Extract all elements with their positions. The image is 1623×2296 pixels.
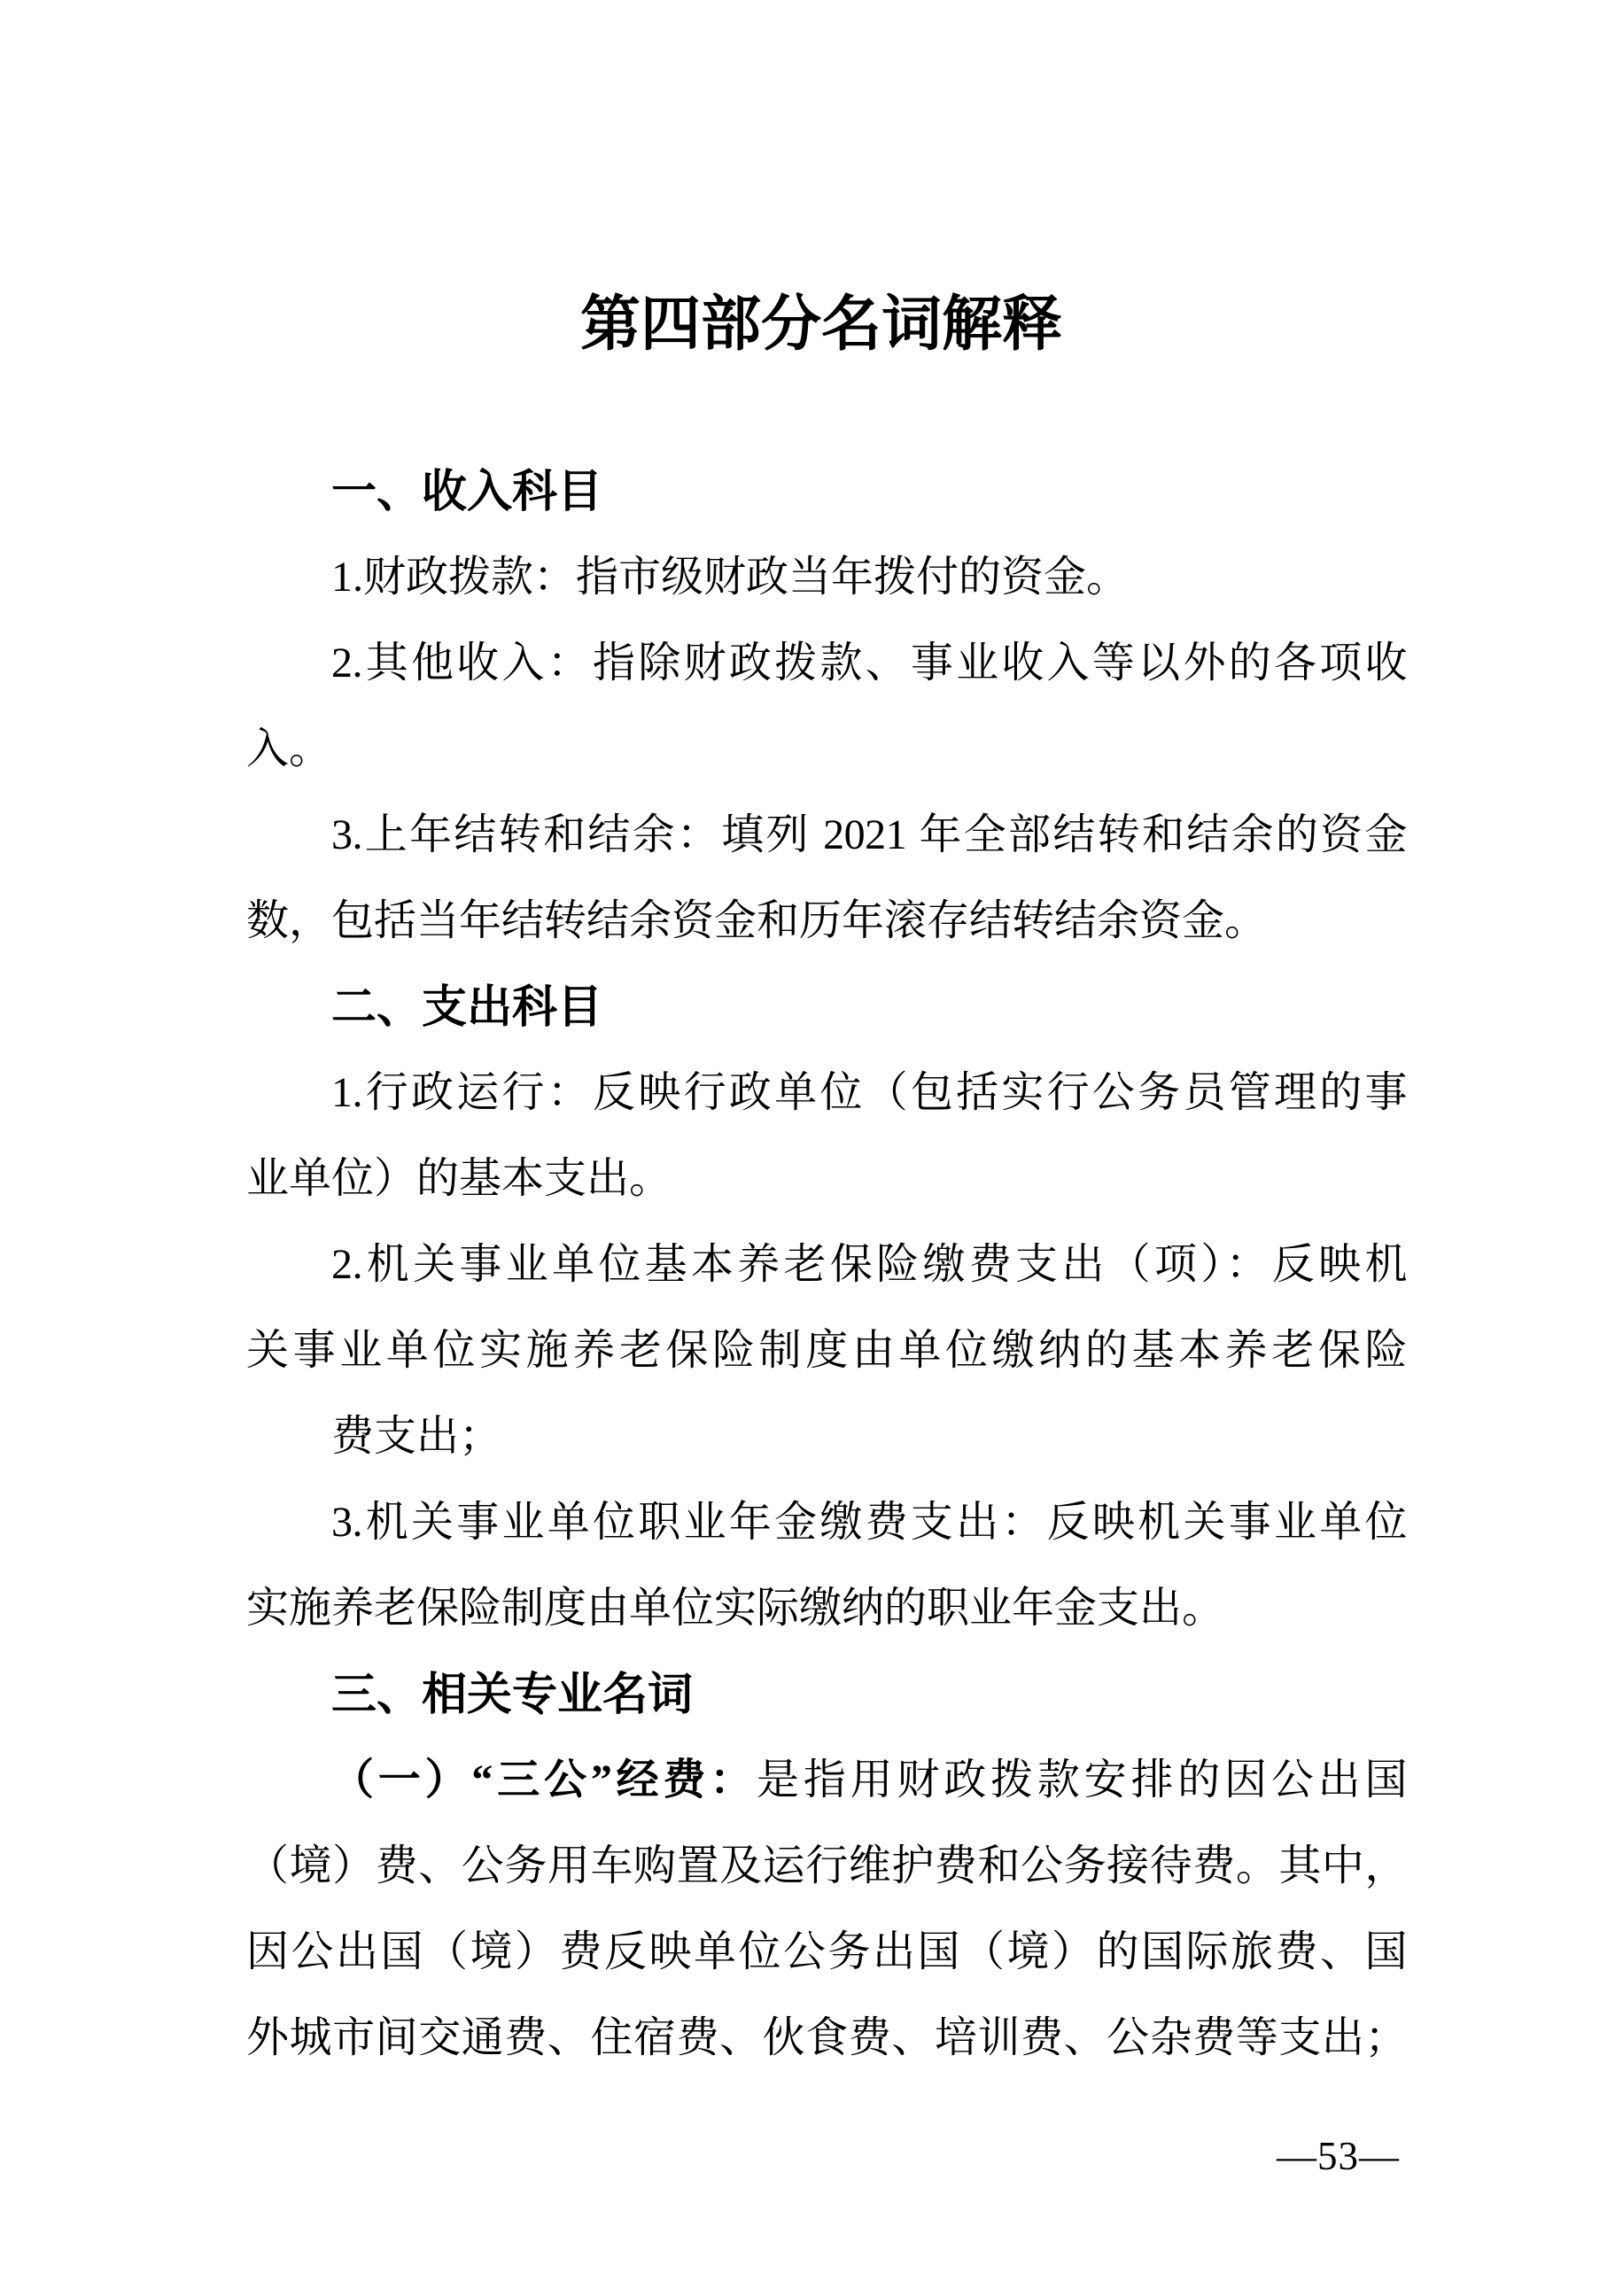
text-line: 2.机关事业单位基本养老保险缴费支出（项）：反映机 — [246, 1222, 1407, 1307]
text-line: 实施养老保险制度由单位实际缴纳的职业年金支出。 — [246, 1565, 1407, 1651]
text-line: （一）“三公”经费：是指用财政拨款安排的因公出国 — [246, 1737, 1407, 1823]
text-line: 3.机关事业单位职业年金缴费支出：反映机关事业单位 — [246, 1479, 1407, 1565]
text-line: 外城市间交通费、住宿费、伙食费、培训费、公杂费等支出； — [246, 1995, 1407, 2081]
section-heading: 二、支出科目 — [246, 964, 1407, 1050]
term-bold-lead: （一）“三公”经费： — [331, 1757, 757, 1803]
page-title: 第四部分名词解释 — [241, 289, 1402, 360]
text-line: （境）费、公务用车购置及运行维护费和公务接待费。其中， — [246, 1823, 1407, 1909]
text-line: 1.行政运行：反映行政单位（包括实行公务员管理的事 — [246, 1050, 1407, 1136]
document-page: 第四部分名词解释 一、收入科目1.财政拨款：指市级财政当年拨付的资金。2.其他收… — [0, 0, 1623, 2296]
text-line: 1.财政拨款：指市级财政当年拨付的资金。 — [246, 534, 1407, 620]
text-line: 费支出； — [246, 1393, 1407, 1479]
text-line: 关事业单位实施养老保险制度由单位缴纳的基本养老保险 — [246, 1307, 1407, 1393]
section-heading: 三、相关专业名词 — [246, 1651, 1407, 1737]
page-number: —53— — [1277, 2133, 1400, 2179]
text-line: 入。 — [246, 706, 1407, 792]
document-body: 一、收入科目1.财政拨款：指市级财政当年拨付的资金。2.其他收入：指除财政拨款、… — [246, 448, 1407, 2081]
text-line: 数，包括当年结转结余资金和历年滚存结转结余资金。 — [246, 878, 1407, 964]
text-line: 2.其他收入：指除财政拨款、事业收入等以外的各项收 — [246, 620, 1407, 706]
section-heading: 一、收入科目 — [246, 448, 1407, 534]
text-line: 3.上年结转和结余：填列 2021 年全部结转和结余的资金 — [246, 792, 1407, 878]
text-line: 因公出国（境）费反映单位公务出国（境）的国际旅费、国 — [246, 1909, 1407, 1995]
text-line: 业单位）的基本支出。 — [246, 1136, 1407, 1222]
